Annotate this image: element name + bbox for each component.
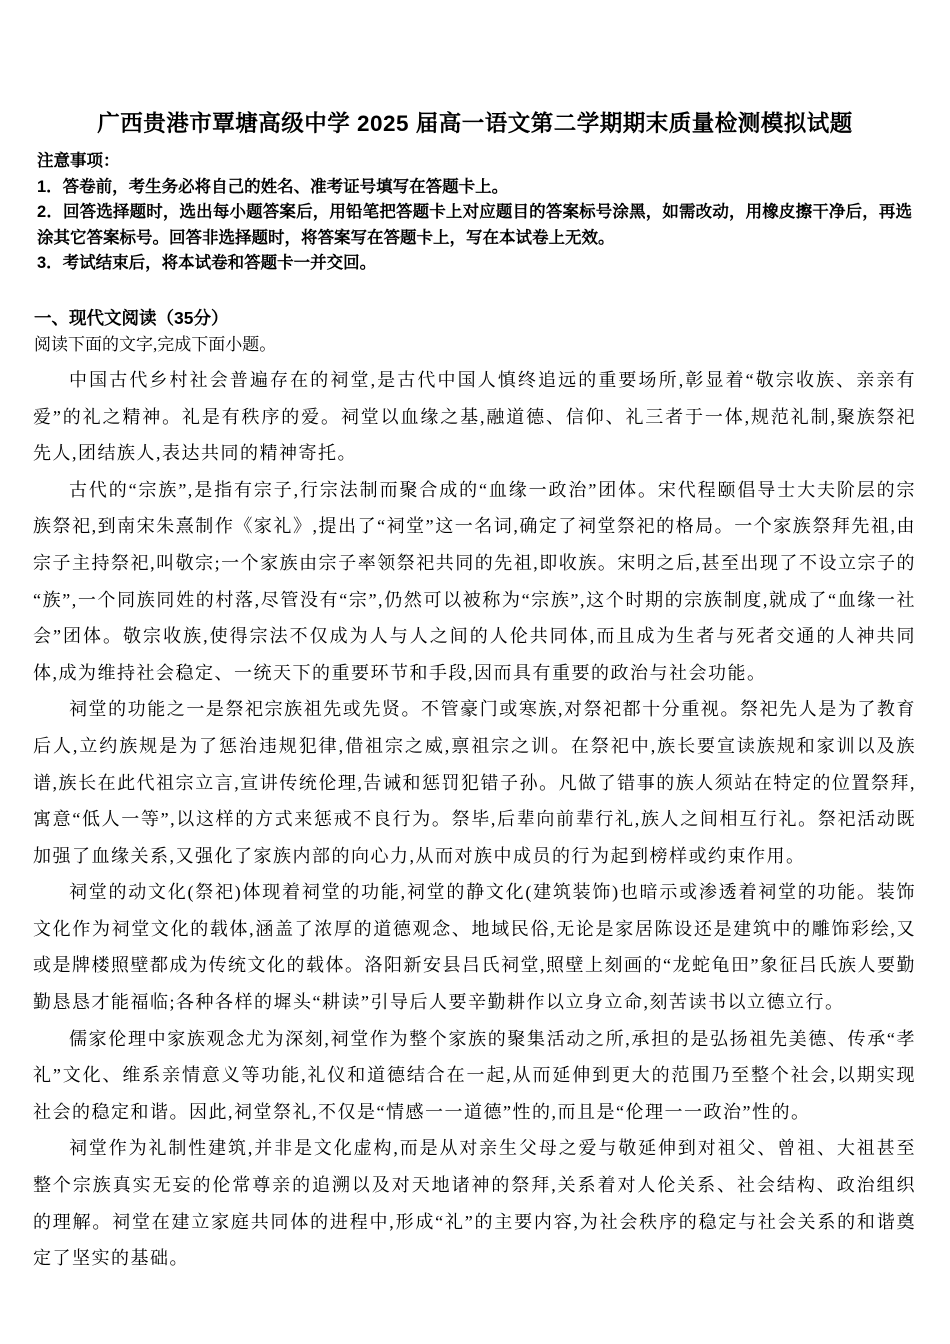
page-title: 广西贵港市覃塘高级中学 2025 届高一语文第二学期期末质量检测模拟试题 — [0, 0, 950, 140]
section-one: 一、现代文阅读（35分） 阅读下面的文字,完成下面小题。 — [34, 305, 912, 358]
passage-paragraph-2: 古代的“宗族”,是指有宗子,行宗法制而聚合成的“血缘一政治”团体。宋代程颐倡导士… — [33, 472, 916, 692]
passage-paragraph-3: 祠堂的功能之一是祭祀宗族祖先或先贤。不管豪门或寒族,对祭祀都十分重视。祭祀先人是… — [33, 691, 916, 874]
section-heading: 一、现代文阅读（35分） — [34, 305, 912, 331]
reading-passage: 中国古代乡村社会普遍存在的祠堂,是古代中国人慎终追远的重要场所,彰显着“敬宗收族… — [33, 362, 916, 1277]
document-page: 广西贵港市覃塘高级中学 2025 届高一语文第二学期期末质量检测模拟试题 注意事… — [0, 0, 950, 1344]
passage-paragraph-6: 祠堂作为礼制性建筑,并非是文化虚构,而是从对亲生父母之爱与敬延伸到对祖父、曾祖、… — [33, 1130, 916, 1276]
passage-paragraph-4: 祠堂的动文化(祭祀)体现着祠堂的功能,祠堂的静文化(建筑装饰)也暗示或渗透着祠堂… — [33, 874, 916, 1020]
passage-paragraph-1: 中国古代乡村社会普遍存在的祠堂,是古代中国人慎终追远的重要场所,彰显着“敬宗收族… — [33, 362, 916, 472]
notice-item-3: 3．考试结束后，将本试卷和答题卡一并交回。 — [37, 251, 912, 277]
notice-item-1: 1．答卷前，考生务必将自己的姓名、准考证号填写在答题卡上。 — [37, 175, 912, 201]
notice-heading: 注意事项： — [37, 149, 912, 175]
reading-instruction: 阅读下面的文字,完成下面小题。 — [34, 332, 912, 358]
notice-section: 注意事项： 1．答卷前，考生务必将自己的姓名、准考证号填写在答题卡上。 2．回答… — [37, 149, 912, 277]
passage-paragraph-5: 儒家伦理中家族观念尤为深刻,祠堂作为整个家族的聚集活动之所,承担的是弘扬祖先美德… — [33, 1021, 916, 1131]
notice-item-2: 2．回答选择题时，选出每小题答案后，用铅笔把答题卡上对应题目的答案标号涂黑，如需… — [37, 200, 912, 251]
